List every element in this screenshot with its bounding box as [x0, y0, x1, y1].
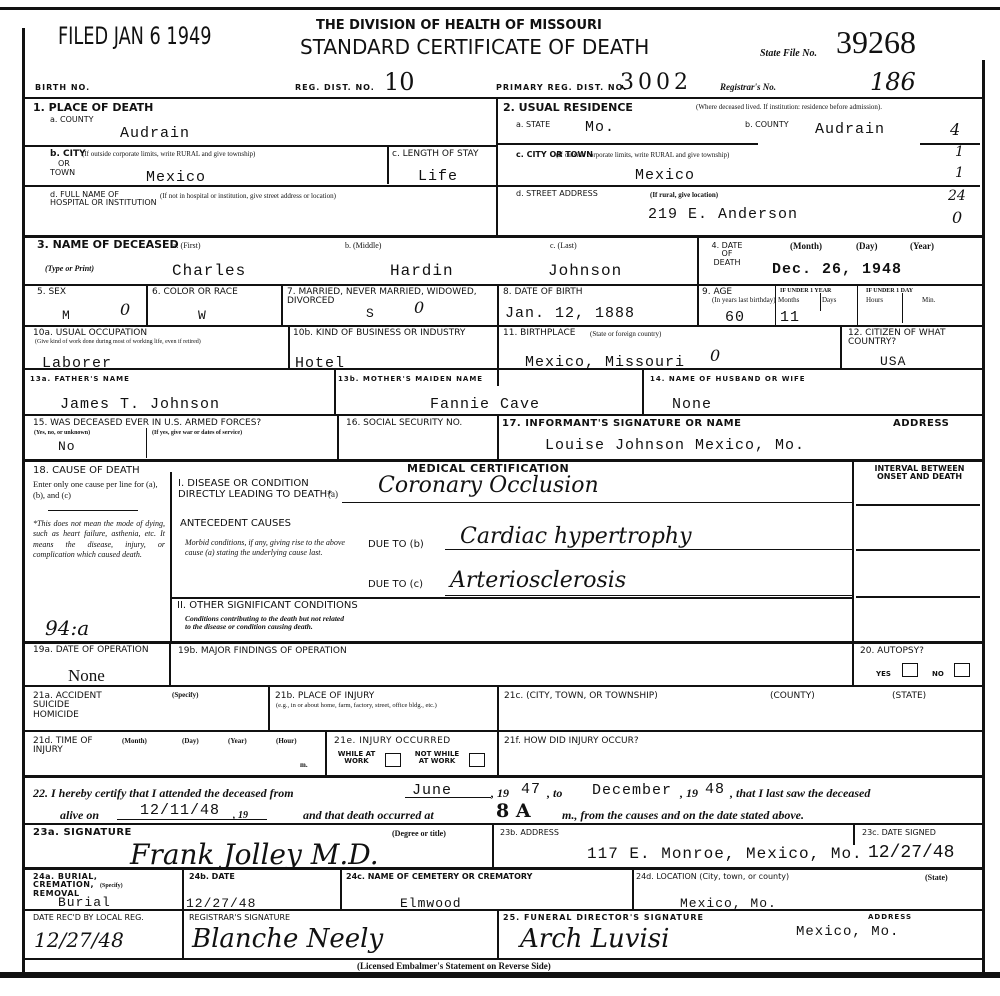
armed-value: No [58, 439, 76, 454]
degree-label: (Degree or title) [392, 830, 446, 838]
cause-b-line [445, 549, 852, 550]
interval-line-b [856, 549, 980, 551]
injury-state-label: (STATE) [892, 692, 926, 701]
res-code-5: 0 [952, 208, 962, 227]
spouse-value: None [672, 396, 712, 413]
pod-county-value: Audrain [120, 125, 190, 142]
autopsy-label: 20. AUTOPSY? [860, 647, 924, 656]
divider [182, 869, 184, 909]
divider [288, 326, 290, 368]
injury-county-label: (COUNTY) [770, 692, 815, 701]
death-month-label: (Month) [790, 242, 822, 251]
cert-address-value: 117 E. Monroe, Mexico, Mo. [587, 845, 863, 863]
res-code-4: 24 [948, 188, 966, 204]
divider [497, 911, 499, 958]
while-work-label: WHILE AT WORK [334, 751, 379, 766]
informant-address-label: ADDRESS [893, 419, 949, 430]
pod-town-label: TOWN [50, 169, 75, 177]
citizen-label: 12. CITIZEN OF WHAT COUNTRY? [848, 329, 978, 348]
pod-hospital-label: d. FULL NAME OF HOSPITAL OR INSTITUTION [50, 191, 160, 208]
days-label: Days [822, 297, 836, 304]
divider [337, 416, 339, 460]
cemetery-label: 24c. NAME OF CEMETERY OR CREMATORY [346, 873, 532, 881]
cert-alive-19: , 19 [233, 810, 248, 821]
divider [387, 146, 389, 184]
divider [852, 643, 854, 685]
reg-dist-label: REG. DIST. NO. [295, 84, 375, 92]
injury-hour-label: (Hour) [276, 738, 297, 745]
marital-value: S [366, 306, 375, 321]
date-signed-label: 23c. DATE SIGNED [862, 829, 936, 837]
occupation-label: 10a. USUAL OCCUPATION [33, 329, 147, 338]
cert-from-year: 47 [521, 781, 541, 798]
signature-label: 23a. SIGNATURE [33, 828, 132, 839]
divider [25, 284, 982, 286]
top-border [0, 7, 1000, 10]
business-label: 10b. KIND OF BUSINESS OR INDUSTRY [293, 329, 493, 338]
divider [146, 428, 147, 458]
interval-line-c [856, 596, 980, 598]
accident-specify: (Specify) [172, 692, 198, 699]
registrar-sig-label: REGISTRAR'S SIGNATURE [189, 914, 290, 922]
autopsy-no-label: NO [932, 671, 944, 678]
res-county-value: Audrain [815, 121, 885, 138]
divider [268, 687, 270, 730]
residence-label: 2. USUAL RESIDENCE [503, 102, 633, 114]
divider [25, 145, 496, 147]
injury-month-label: (Month) [122, 738, 147, 745]
antecedent-label: ANTECEDENT CAUSES [180, 519, 291, 530]
location-label: 24d. LOCATION (City, town, or county) [636, 873, 789, 881]
divider [492, 825, 494, 867]
months-value: 11 [780, 309, 800, 326]
death-year-label: (Year) [910, 242, 934, 251]
right-border [982, 60, 985, 973]
res-street-value: 219 E. Anderson [648, 206, 798, 223]
state-file-label: State File No. [760, 48, 817, 59]
ssn-label: 16. SOCIAL SECURITY NO. [346, 419, 491, 428]
middle-name-label: b. (Middle) [345, 242, 381, 250]
funeral-director-signature: Arch Luvisi [520, 924, 669, 954]
asterisk-note: *This does not mean the mode of dying, s… [33, 519, 165, 561]
under1-label: IF UNDER 1 YEAR [780, 288, 831, 294]
divider [642, 370, 644, 414]
injury-time-label: 21d. TIME OF INJURY [33, 737, 103, 756]
interval-line-a [856, 504, 980, 506]
divider [25, 368, 982, 370]
min-label: Min. [922, 297, 935, 304]
father-value: James T. Johnson [60, 396, 220, 413]
cert-alive-on: alive on [60, 808, 99, 823]
place-of-death-label: 1. PLACE OF DEATH [33, 102, 153, 114]
date-signed-value: 12/27/48 [868, 843, 954, 863]
cause-b-value: Cardiac hypertrophy [460, 524, 692, 549]
footer-note: (Licensed Embalmer's Statement on Revers… [357, 962, 551, 971]
pod-city-value: Mexico [146, 169, 206, 186]
cause-a-line [342, 502, 852, 503]
age-value: 60 [725, 309, 745, 326]
divider [497, 325, 982, 327]
filed-stamp: FILED JAN 6 1949 [58, 22, 211, 50]
dob-label: 8. DATE OF BIRTH [503, 288, 583, 297]
death-day-label: (Day) [856, 242, 878, 251]
antecedent-note: Morbid conditions, if any, giving rise t… [185, 538, 360, 557]
cert-to-month: December [592, 782, 672, 799]
birthplace-note: (State or foreign country) [590, 331, 661, 338]
divider [697, 238, 699, 284]
cert-from-19: , 19 [491, 786, 509, 801]
cause-c-value: Arteriosclerosis [450, 568, 626, 593]
divider [25, 685, 982, 687]
page-title: STANDARD CERTIFICATE OF DEATH [300, 35, 649, 59]
divider [334, 370, 336, 414]
res-state-label: a. STATE [516, 121, 550, 129]
registrar-no: 186 [870, 68, 916, 96]
cert-alive-date: 12/11/48 [140, 802, 220, 819]
mother-label: 13b. MOTHER'S MAIDEN NAME [338, 376, 483, 383]
condition-a-label: I. DISEASE OR CONDITION DIRECTLY LEADING… [178, 479, 333, 500]
under1day-label: IF UNDER 1 DAY [866, 288, 913, 294]
res-city-note: (If outside corporate limits, write RURA… [556, 152, 729, 159]
underline [405, 797, 491, 798]
divider [170, 472, 172, 642]
first-name-label: a. (First) [173, 242, 201, 250]
op-date-label: 19a. DATE OF OPERATION [33, 646, 163, 655]
age-note: (In years last birthday) [712, 297, 776, 304]
divider [697, 286, 699, 326]
residence-note: (Where deceased lived. If institution: r… [696, 104, 976, 111]
cause-code: 94:a [45, 616, 89, 640]
father-label: 13a. FATHER'S NAME [30, 376, 130, 383]
cert-to: , to [547, 786, 562, 801]
divider [25, 185, 496, 187]
not-while-work-label: NOT WHILE AT WORK [412, 751, 462, 766]
divider [496, 99, 498, 235]
pod-city-note: (If outside corporate limits, write RURA… [82, 151, 255, 158]
reg-dist-no: 10 [384, 68, 415, 96]
sex-label: 5. SEX [37, 288, 66, 297]
res-state-value: Mo. [585, 119, 615, 136]
divider [25, 730, 982, 732]
state-file-no: 39268 [836, 24, 916, 61]
while-work-checkbox[interactable] [385, 753, 401, 767]
due-c-label: DUE TO (c) [368, 580, 423, 591]
divider [25, 909, 982, 911]
interval-label: INTERVAL BETWEEN ONSET AND DEATH [862, 465, 977, 482]
cert-line2-text: and that death occurred at [303, 808, 434, 823]
cause-a-value: Coronary Occlusion [378, 473, 599, 498]
months-label: Months [778, 297, 799, 304]
hours-label: Hours [866, 297, 883, 304]
res-code-1: 4 [950, 120, 960, 139]
how-injury-label: 21f. HOW DID INJURY OCCUR? [504, 737, 639, 746]
primary-reg-label: PRIMARY REG. DIST. NO. [496, 84, 627, 92]
recd-label: DATE REC'D BY LOCAL REG. [33, 914, 173, 922]
op-findings-label: 19b. MAJOR FINDINGS OF OPERATION [178, 647, 347, 656]
res-street-note: (If rural, give location) [650, 192, 718, 199]
not-while-work-checkbox[interactable] [469, 753, 485, 767]
divider [146, 286, 148, 326]
divider [497, 416, 499, 460]
funeral-address-label: ADDRESS [868, 914, 912, 921]
autopsy-yes-label: YES [876, 671, 891, 678]
division-heading: THE DIVISION OF HEALTH OF MISSOURI [316, 18, 602, 33]
divider [25, 775, 982, 778]
injury-city-label: 21c. (CITY, TOWN, OR TOWNSHIP) [504, 692, 658, 701]
divider [853, 825, 855, 845]
name-label-text: 3. NAME OF DECEASED [37, 238, 179, 251]
divider [775, 286, 776, 326]
accident-label: 21a. ACCIDENT SUICIDE HOMICIDE [33, 692, 103, 720]
burial-specify: (Specify) [100, 883, 123, 889]
divider [25, 867, 982, 870]
op-date-value: None [68, 666, 105, 686]
divider [182, 911, 184, 958]
burial-value: Burial [58, 895, 111, 910]
divider [852, 462, 854, 642]
location-state-label: (State) [925, 874, 948, 882]
divider [632, 869, 634, 909]
last-name-label: c. (Last) [550, 242, 577, 250]
divider [840, 326, 842, 368]
divider [172, 597, 852, 599]
first-name-value: Charles [172, 262, 246, 280]
cert-to-year: 48 [705, 781, 725, 798]
res-street-label: d. STREET ADDRESS [516, 190, 598, 198]
name-label: 3. NAME OF DECEASED [37, 240, 179, 250]
registrar-no-label: Registrar's No. [720, 82, 776, 92]
cert-to-19: , 19 [680, 786, 698, 801]
divider [25, 823, 982, 825]
divider [325, 732, 327, 775]
res-city-value: Mexico [635, 167, 695, 184]
divider [48, 510, 138, 511]
armed-label: 15. WAS DECEASED EVER IN U.S. ARMED FORC… [33, 419, 261, 428]
divider [25, 958, 982, 960]
divider [25, 414, 982, 416]
pod-hospital-note: (If not in hospital or institution, give… [160, 193, 336, 200]
autopsy-yes-checkbox[interactable] [902, 663, 918, 677]
cause-note: Enter only one cause per line for (a), (… [33, 479, 165, 500]
marital-code: 0 [414, 298, 424, 317]
name-note: (Type or Print) [45, 264, 94, 273]
divider [820, 293, 821, 311]
sex-value: M [62, 308, 71, 323]
recd-value: 12/27/48 [34, 928, 124, 952]
cause-c-line [445, 595, 852, 596]
sex-code: 0 [120, 300, 130, 319]
birthplace-code: 0 [710, 346, 720, 365]
divider [497, 286, 499, 386]
place-injury-note: (e.g., in or about home, farm, factory, … [276, 703, 491, 710]
armed-note-1: (Yes, no, or unknown) [34, 430, 90, 436]
dob-value: Jan. 12, 1888 [505, 305, 635, 322]
res-county-label: b. COUNTY [745, 121, 789, 129]
pod-stay-value: Life [418, 168, 458, 185]
pod-county-label: a. COUNTY [50, 116, 93, 124]
other-conditions-label: II. OTHER SIGNIFICANT CONDITIONS [177, 601, 358, 612]
divider [281, 286, 283, 326]
divider [25, 97, 982, 99]
spouse-label: 14. NAME OF HUSBAND OR WIFE [650, 376, 806, 383]
occupation-note: (Give kind of work done during most of w… [35, 339, 275, 345]
informant-value: Louise Johnson Mexico, Mo. [545, 437, 805, 454]
injury-m-label: m. [300, 762, 308, 769]
last-name-value: Johnson [548, 262, 622, 280]
primary-reg-no: 3002 [620, 70, 692, 95]
res-code-2: 1 [955, 144, 964, 160]
race-value: W [198, 308, 207, 323]
registrar-signature: Blanche Neely [192, 924, 383, 954]
cert-time: 8 A [496, 800, 531, 822]
divider [25, 325, 497, 327]
citizen-value: USA [880, 354, 906, 369]
divider [902, 293, 903, 323]
birth-no-label: BIRTH NO. [35, 84, 90, 92]
divider [920, 143, 980, 145]
injury-day-label: (Day) [182, 738, 199, 745]
divider [169, 643, 171, 685]
date-death-value: Dec. 26, 1948 [772, 261, 902, 278]
race-label: 6. COLOR OR RACE [152, 288, 238, 297]
mother-value: Fannie Cave [430, 396, 540, 413]
due-b-label: DUE TO (b) [368, 540, 424, 551]
divider [498, 185, 980, 187]
funeral-director-label: 25. FUNERAL DIRECTOR'S SIGNATURE [503, 914, 704, 922]
cert-line2-end: m., from the causes and on the date stat… [562, 808, 804, 823]
marital-label: 7. MARRIED, NEVER MARRIED, WIDOWED, DIVO… [287, 288, 487, 307]
cause-label: 18. CAUSE OF DEATH [33, 466, 140, 477]
middle-name-value: Hardin [390, 262, 454, 280]
birthplace-label: 11. BIRTHPLACE [503, 329, 575, 338]
informant-label: 17. INFORMANT'S SIGNATURE OR NAME [502, 419, 741, 430]
other-conditions-note: Conditions contributing to the death but… [185, 615, 345, 631]
autopsy-no-checkbox[interactable] [954, 663, 970, 677]
place-injury-label: 21b. PLACE OF INJURY [275, 692, 374, 701]
bottom-border [0, 972, 1000, 978]
pod-stay-label: c. LENGTH OF STAY [392, 150, 492, 159]
armed-note-2: (If yes, give war or dates of service) [152, 430, 242, 436]
res-code-3: 1 [955, 165, 964, 181]
cert-line1-end: , that I last saw the deceased [730, 786, 870, 801]
divider [340, 869, 342, 909]
cert-address-label: 23b. ADDRESS [500, 829, 559, 837]
cert-line1-text: 22. I hereby certify that I attended the… [33, 786, 294, 801]
date-death-label: 4. DATE OF DEATH [707, 242, 747, 267]
injury-year-label: (Year) [228, 738, 247, 745]
occurred-label: 21e. INJURY OCCURRED [334, 737, 451, 746]
left-border [22, 28, 25, 973]
a-marker: (a) [328, 490, 338, 499]
funeral-address-value: Mexico, Mo. [796, 924, 899, 940]
burial-date-label: 24b. DATE [189, 873, 235, 881]
divider [498, 143, 758, 145]
divider [857, 286, 858, 326]
